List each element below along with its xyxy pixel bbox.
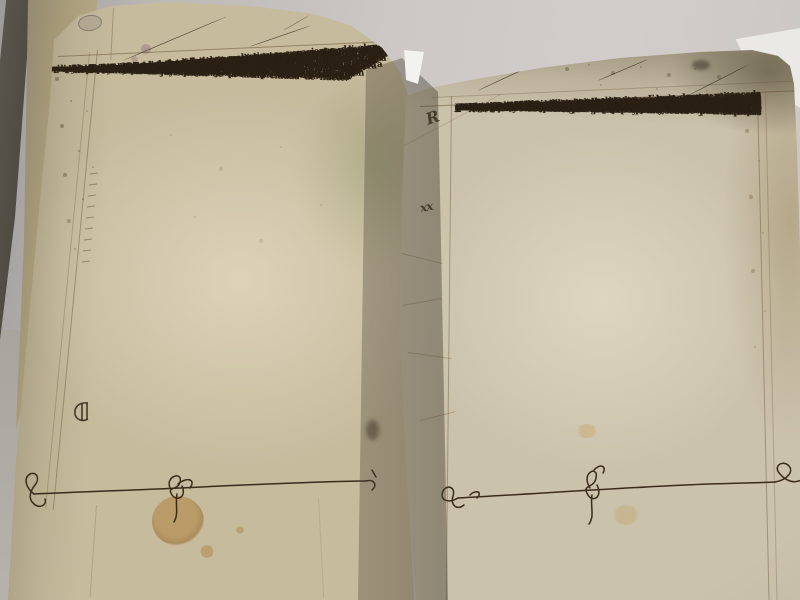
mold-speckles-edge	[744, 120, 746, 122]
pen-stroke	[598, 59, 648, 81]
gutter-dark-blotch	[366, 420, 379, 440]
pilcrow-icon	[72, 400, 94, 424]
bottom-flourish-icon	[20, 468, 380, 526]
tan-stain-small	[200, 545, 214, 558]
fox-spots	[150, 120, 152, 122]
ruling-line-left-margin	[53, 50, 98, 510]
pen-stroke	[123, 16, 226, 61]
pen-stroke	[250, 25, 311, 47]
ruling-tick-top	[110, 8, 114, 60]
margin-tick-marks	[70, 170, 100, 270]
manuscript-photo: Resciben muchas fatigas molestias y vexa…	[0, 0, 800, 600]
ruling-line-left-margin-inner	[45, 52, 90, 508]
dark-smudge	[692, 60, 710, 70]
yellow-stain	[576, 424, 598, 438]
tan-stain-tiny	[236, 526, 244, 534]
oval-scribble-icon	[77, 13, 103, 32]
pen-stroke	[283, 15, 309, 31]
bottom-flourish-icon	[430, 458, 800, 530]
